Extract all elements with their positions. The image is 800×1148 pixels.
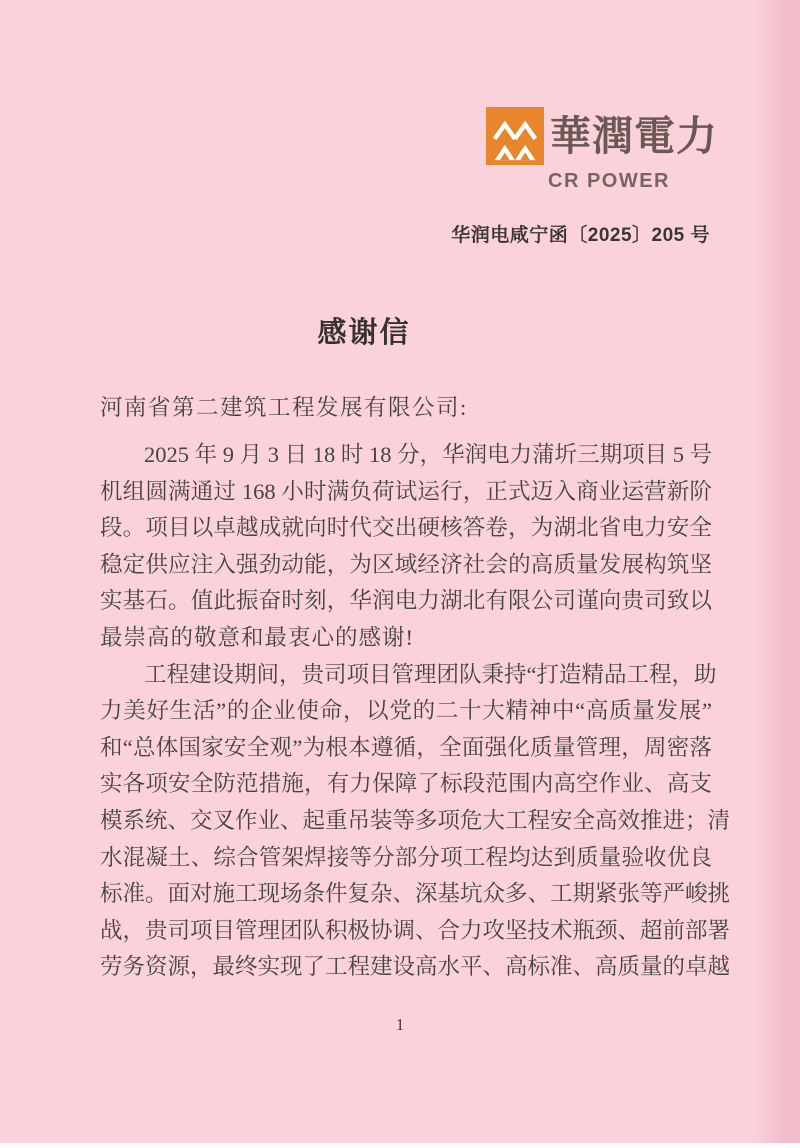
cr-power-logo-icon [486,107,544,165]
body-line: 劳务资源，最终实现了工程建设高水平、高标准、高质量的卓越 [100,949,712,986]
logo-en-text: CR POWER [548,170,670,193]
body-line: 水混凝土、综合管架焊接等分部分项工程均达到质量验收优良 [100,840,712,877]
body-line: 工程建设期间，贵司项目管理团队秉持“打造精品工程，助 [100,657,712,694]
letter-title: 感谢信 [0,310,728,351]
scan-edge-shading [755,0,800,1148]
letter-page: 華潤電力 CR POWER 华润电咸宁函〔2025〕205 号 感谢信 河南省第… [0,0,800,1148]
body-line: 机组圆满通过 168 小时满负荷试运行，正式迈入商业运营新阶 [100,474,712,511]
body-line: 实基石。值此振奋时刻，华润电力湖北有限公司谨向贵司致以 [100,583,712,620]
body-line: 模系统、交叉作业、起重吊装等多项危大工程安全高效推进；清 [100,803,712,840]
body-line: 最崇高的敬意和最衷心的感谢! [100,620,712,657]
salutation: 河南省第二建筑工程发展有限公司: [100,390,468,422]
body-line: 标准。面对施工现场条件复杂、深基坑众多、工期紧张等严峻挑 [100,876,712,913]
body-line: 稳定供应注入强劲动能，为区域经济社会的高质量发展构筑坚 [100,547,712,584]
body-line: 实各项安全防范措施，有力保障了标段范围内高空作业、高支 [100,766,712,803]
logo-cn-text: 華潤電力 [550,110,718,162]
cr-power-logo: 華潤電力 CR POWER [486,104,716,199]
document-reference-number: 华润电咸宁函〔2025〕205 号 [451,220,710,247]
body-line: 2025 年 9 月 3 日 18 时 18 分，华润电力蒲圻三期项目 5 号 [100,437,712,474]
body-line: 战，贵司项目管理团队积极协调、合力攻坚技术瓶颈、超前部署 [100,913,712,950]
body-line: 和“总体国家安全观”为根本遵循，全面强化质量管理，周密落 [100,730,712,767]
body-line: 力美好生活”的企业使命，以党的二十大精神中“高质量发展” [100,693,712,730]
body-line: 段。项目以卓越成就向时代交出硬核答卷，为湖北省电力安全 [100,510,712,547]
scan-bottom-edge [0,1143,800,1148]
letter-body: 2025 年 9 月 3 日 18 时 18 分，华润电力蒲圻三期项目 5 号 … [100,437,712,986]
page-number: 1 [0,1015,800,1035]
